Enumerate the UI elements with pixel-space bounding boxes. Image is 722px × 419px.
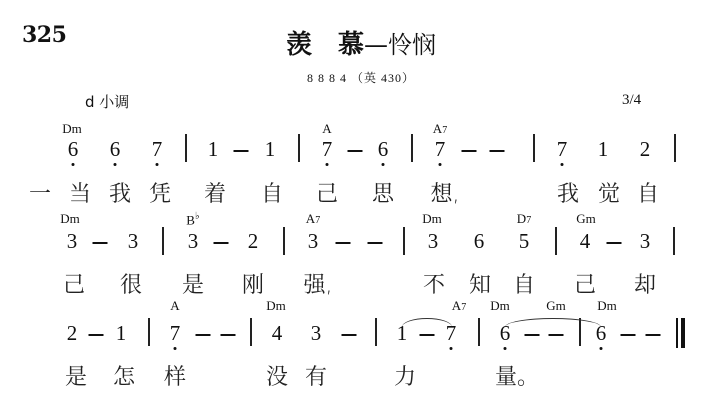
barline <box>478 318 480 346</box>
lyric-char: 怎 <box>113 360 135 391</box>
lyric-char: 自 <box>513 268 535 299</box>
lyric-char: 量。 <box>495 360 539 391</box>
chord-symbol: Dm <box>490 298 510 314</box>
barline <box>403 227 405 255</box>
chord-symbol: Dm <box>266 298 286 314</box>
chord-extension: 7 <box>442 125 447 136</box>
lyric-char: 知 <box>469 268 491 299</box>
barline <box>375 318 377 346</box>
lyric-char: 己 <box>63 268 85 299</box>
jianpu-note: 3 <box>308 230 319 252</box>
jianpu-note: 6 <box>378 138 389 160</box>
final-barline-thin <box>676 318 678 348</box>
chord-extension: 7 <box>526 215 531 226</box>
note-extension-dash <box>234 150 249 152</box>
lower-octave-dot <box>72 163 75 166</box>
barline <box>411 134 413 162</box>
jianpu-note: 1 <box>208 138 219 160</box>
note-extension-dash <box>196 334 211 336</box>
jianpu-note: 2 <box>67 322 78 344</box>
jianpu-note: 7 <box>322 138 333 160</box>
note-extension-dash <box>607 242 622 244</box>
title-main: 羡 慕 <box>286 30 364 60</box>
jianpu-note: 7 <box>152 138 163 160</box>
chord-label: B <box>186 212 195 227</box>
barline <box>162 227 164 255</box>
jianpu-note: 3 <box>67 230 78 252</box>
chord-symbol: D7 <box>517 211 531 227</box>
chord-label: Dm <box>62 121 82 136</box>
barline <box>533 134 535 162</box>
flat-icon: ♭ <box>195 211 200 222</box>
lyric-char: 样 <box>164 360 186 391</box>
lyric-char: 己 <box>316 177 338 208</box>
time-signature: 3/4 <box>622 92 641 109</box>
chord-label: Gm <box>546 298 566 313</box>
lyric-char: 凭 <box>149 177 171 208</box>
note-extension-dash <box>368 242 383 244</box>
chord-label: Dm <box>597 298 617 313</box>
jianpu-note: 1 <box>598 138 609 160</box>
chord-symbol: A7 <box>306 211 320 227</box>
lyric-char: 自 <box>261 177 283 208</box>
chord-label: Dm <box>266 298 286 313</box>
jianpu-note: 7 <box>435 138 446 160</box>
barline <box>250 318 252 346</box>
chord-label: Dm <box>60 211 80 226</box>
chord-symbol: A7 <box>452 298 466 314</box>
tie-slur <box>402 318 452 327</box>
note-extension-dash <box>549 334 564 336</box>
chord-label: Dm <box>422 211 442 226</box>
chord-symbol: A <box>322 121 331 137</box>
barline <box>298 134 300 162</box>
jianpu-note: 5 <box>519 230 530 252</box>
barline <box>674 134 676 162</box>
note-extension-dash <box>525 334 540 336</box>
title-sub: 怜悯 <box>388 31 436 59</box>
lower-octave-dot <box>450 347 453 350</box>
lyric-char: 很 <box>120 268 142 299</box>
note-extension-dash <box>621 334 636 336</box>
jianpu-note: 1 <box>116 322 127 344</box>
jianpu-note: 2 <box>640 138 651 160</box>
jianpu-note: 1 <box>265 138 276 160</box>
jianpu-note: 6 <box>68 138 79 160</box>
barline <box>148 318 150 346</box>
note-extension-dash <box>342 334 357 336</box>
lyric-char: 当 <box>69 177 91 208</box>
lyric-char: 想, <box>431 177 460 208</box>
jianpu-note: 3 <box>428 230 439 252</box>
lower-octave-dot <box>382 163 385 166</box>
lower-octave-dot <box>114 163 117 166</box>
jianpu-note: 2 <box>248 230 259 252</box>
lyric-char: 刚 <box>242 268 264 299</box>
chord-label: A <box>433 121 442 136</box>
jianpu-note: 3 <box>640 230 651 252</box>
lower-octave-dot <box>600 347 603 350</box>
lyric-char: 己 <box>574 268 596 299</box>
lyric-char: 一 <box>29 177 51 208</box>
barline <box>283 227 285 255</box>
lyric-char: 着 <box>204 177 226 208</box>
chord-symbol: Dm <box>60 211 80 227</box>
barline <box>555 227 557 255</box>
final-barline-thick <box>681 318 685 348</box>
jianpu-note: 6 <box>474 230 485 252</box>
lyric-char: 有 <box>305 360 327 391</box>
jianpu-note: 6 <box>110 138 121 160</box>
chord-label: A <box>170 298 179 313</box>
page-title: 羡 慕—怜悯 <box>0 24 722 61</box>
chord-extension: 7 <box>461 302 466 313</box>
jianpu-note: 4 <box>580 230 591 252</box>
jianpu-note: 4 <box>272 322 283 344</box>
chord-symbol: Dm <box>62 121 82 137</box>
chord-symbol: Dm <box>422 211 442 227</box>
note-extension-dash <box>420 334 435 336</box>
jianpu-note: 7 <box>557 138 568 160</box>
lower-octave-dot <box>326 163 329 166</box>
chord-symbol: A7 <box>433 121 447 137</box>
note-extension-dash <box>462 150 477 152</box>
lyric-char: 是 <box>65 360 87 391</box>
meter-line: 8 8 8 4 （英 430） <box>0 69 722 86</box>
lyric-char: 思 <box>372 177 394 208</box>
lyric-char: 觉 <box>598 177 620 208</box>
lower-octave-dot <box>174 347 177 350</box>
lower-octave-dot <box>439 163 442 166</box>
jianpu-note: 3 <box>311 322 322 344</box>
jianpu-note: 3 <box>188 230 199 252</box>
note-extension-dash <box>93 242 108 244</box>
tie-slur <box>505 318 601 327</box>
note-extension-dash <box>214 242 229 244</box>
lyric-char: 却 <box>634 268 656 299</box>
chord-symbol: B♭ <box>186 211 199 228</box>
chord-label: Gm <box>576 211 596 226</box>
note-extension-dash <box>336 242 351 244</box>
lyric-char: 自 <box>637 177 659 208</box>
barline <box>185 134 187 162</box>
chord-label: Dm <box>490 298 510 313</box>
chord-symbol: A <box>170 298 179 314</box>
jianpu-note: 3 <box>128 230 139 252</box>
chord-label: A <box>452 298 461 313</box>
lower-octave-dot <box>504 347 507 350</box>
note-extension-dash <box>348 150 363 152</box>
key-signature: d 小调 <box>85 91 129 112</box>
jianpu-note: 7 <box>170 322 181 344</box>
lyric-char: 是 <box>182 268 204 299</box>
lower-octave-dot <box>156 163 159 166</box>
title-dash: — <box>364 31 388 59</box>
lyric-char: 力 <box>394 360 416 391</box>
note-extension-dash <box>490 150 505 152</box>
chord-symbol: Gm <box>576 211 596 227</box>
chord-label: A <box>306 211 315 226</box>
note-extension-dash <box>221 334 236 336</box>
lower-octave-dot <box>561 163 564 166</box>
chord-label: A <box>322 121 331 136</box>
chord-symbol: Gm <box>546 298 566 314</box>
lyric-char: 强, <box>304 268 333 299</box>
note-extension-dash <box>89 334 104 336</box>
barline <box>673 227 675 255</box>
chord-label: D <box>517 211 526 226</box>
lyric-char: 没 <box>266 360 288 391</box>
lyric-char: 我 <box>557 177 579 208</box>
note-extension-dash <box>646 334 661 336</box>
chord-extension: 7 <box>315 215 320 226</box>
lyric-char: 不 <box>423 268 445 299</box>
lyric-char: 我 <box>109 177 131 208</box>
chord-symbol: Dm <box>597 298 617 314</box>
